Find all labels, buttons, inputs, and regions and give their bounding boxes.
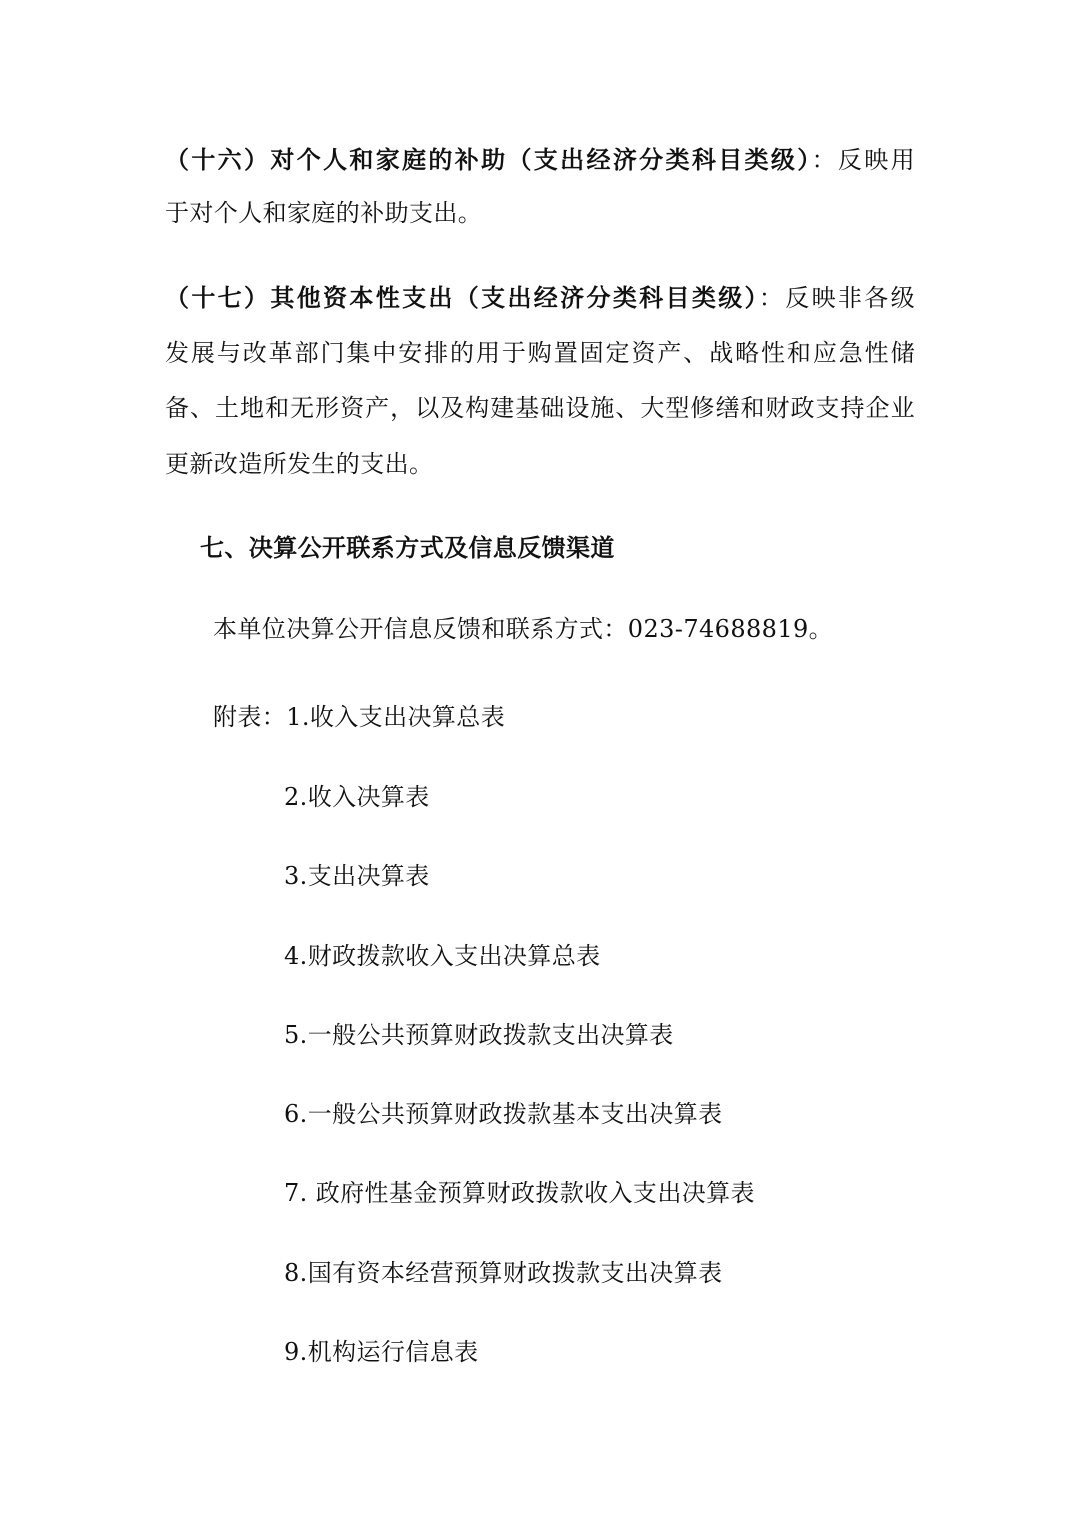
attachment-item-4: 4.财政拨款收入支出决算总表 xyxy=(284,941,601,971)
attachment-item-5: 5.一般公共预算财政拨款支出决算表 xyxy=(284,1020,674,1050)
section-16-heading: （十六）对个人和家庭的补助（支出经济分类科目类级） xyxy=(165,146,812,174)
section-17-desc-start: ：反映非各级 xyxy=(759,284,915,312)
section-16-line-1: （十六）对个人和家庭的补助（支出经济分类科目类级）：反映用 xyxy=(165,145,915,175)
attachment-item-9: 9.机构运行信息表 xyxy=(284,1337,479,1367)
attachment-item-1: 附表：1.收入支出决算总表 xyxy=(213,702,505,732)
section-7-title: 七、决算公开联系方式及信息反馈渠道 xyxy=(200,533,615,563)
section-16-line-2: 于对个人和家庭的补助支出。 xyxy=(165,198,482,228)
section-17-heading: （十七）其他资本性支出（支出经济分类科目类级） xyxy=(165,284,759,312)
document-page: （十六）对个人和家庭的补助（支出经济分类科目类级）：反映用 于对个人和家庭的补助… xyxy=(0,0,1075,1521)
attachment-item-8: 8.国有资本经营预算财政拨款支出决算表 xyxy=(284,1258,723,1288)
section-17-line-1: （十七）其他资本性支出（支出经济分类科目类级）：反映非各级 xyxy=(165,283,915,313)
section-16-desc-start: ：反映用 xyxy=(812,146,915,174)
attachment-item-3: 3.支出决算表 xyxy=(284,861,430,891)
attachment-item-2: 2.收入决算表 xyxy=(284,782,430,812)
attachment-item-7: 7. 政府性基金预算财政拨款收入支出决算表 xyxy=(284,1178,755,1208)
attachments-label: 附表： xyxy=(213,703,286,731)
section-17-line-3: 备、土地和无形资产，以及构建基础设施、大型修缮和财政支持企业 xyxy=(165,393,915,423)
section-17-line-4: 更新改造所发生的支出。 xyxy=(165,449,433,479)
attachment-item-6: 6.一般公共预算财政拨款基本支出决算表 xyxy=(284,1099,723,1129)
section-17-line-2: 发展与改革部门集中安排的用于购置固定资产、战略性和应急性储 xyxy=(165,338,915,368)
attachment-item-1-text: 1.收入支出决算总表 xyxy=(286,703,505,731)
contact-info: 本单位决算公开信息反馈和联系方式：023-74688819。 xyxy=(213,614,833,644)
